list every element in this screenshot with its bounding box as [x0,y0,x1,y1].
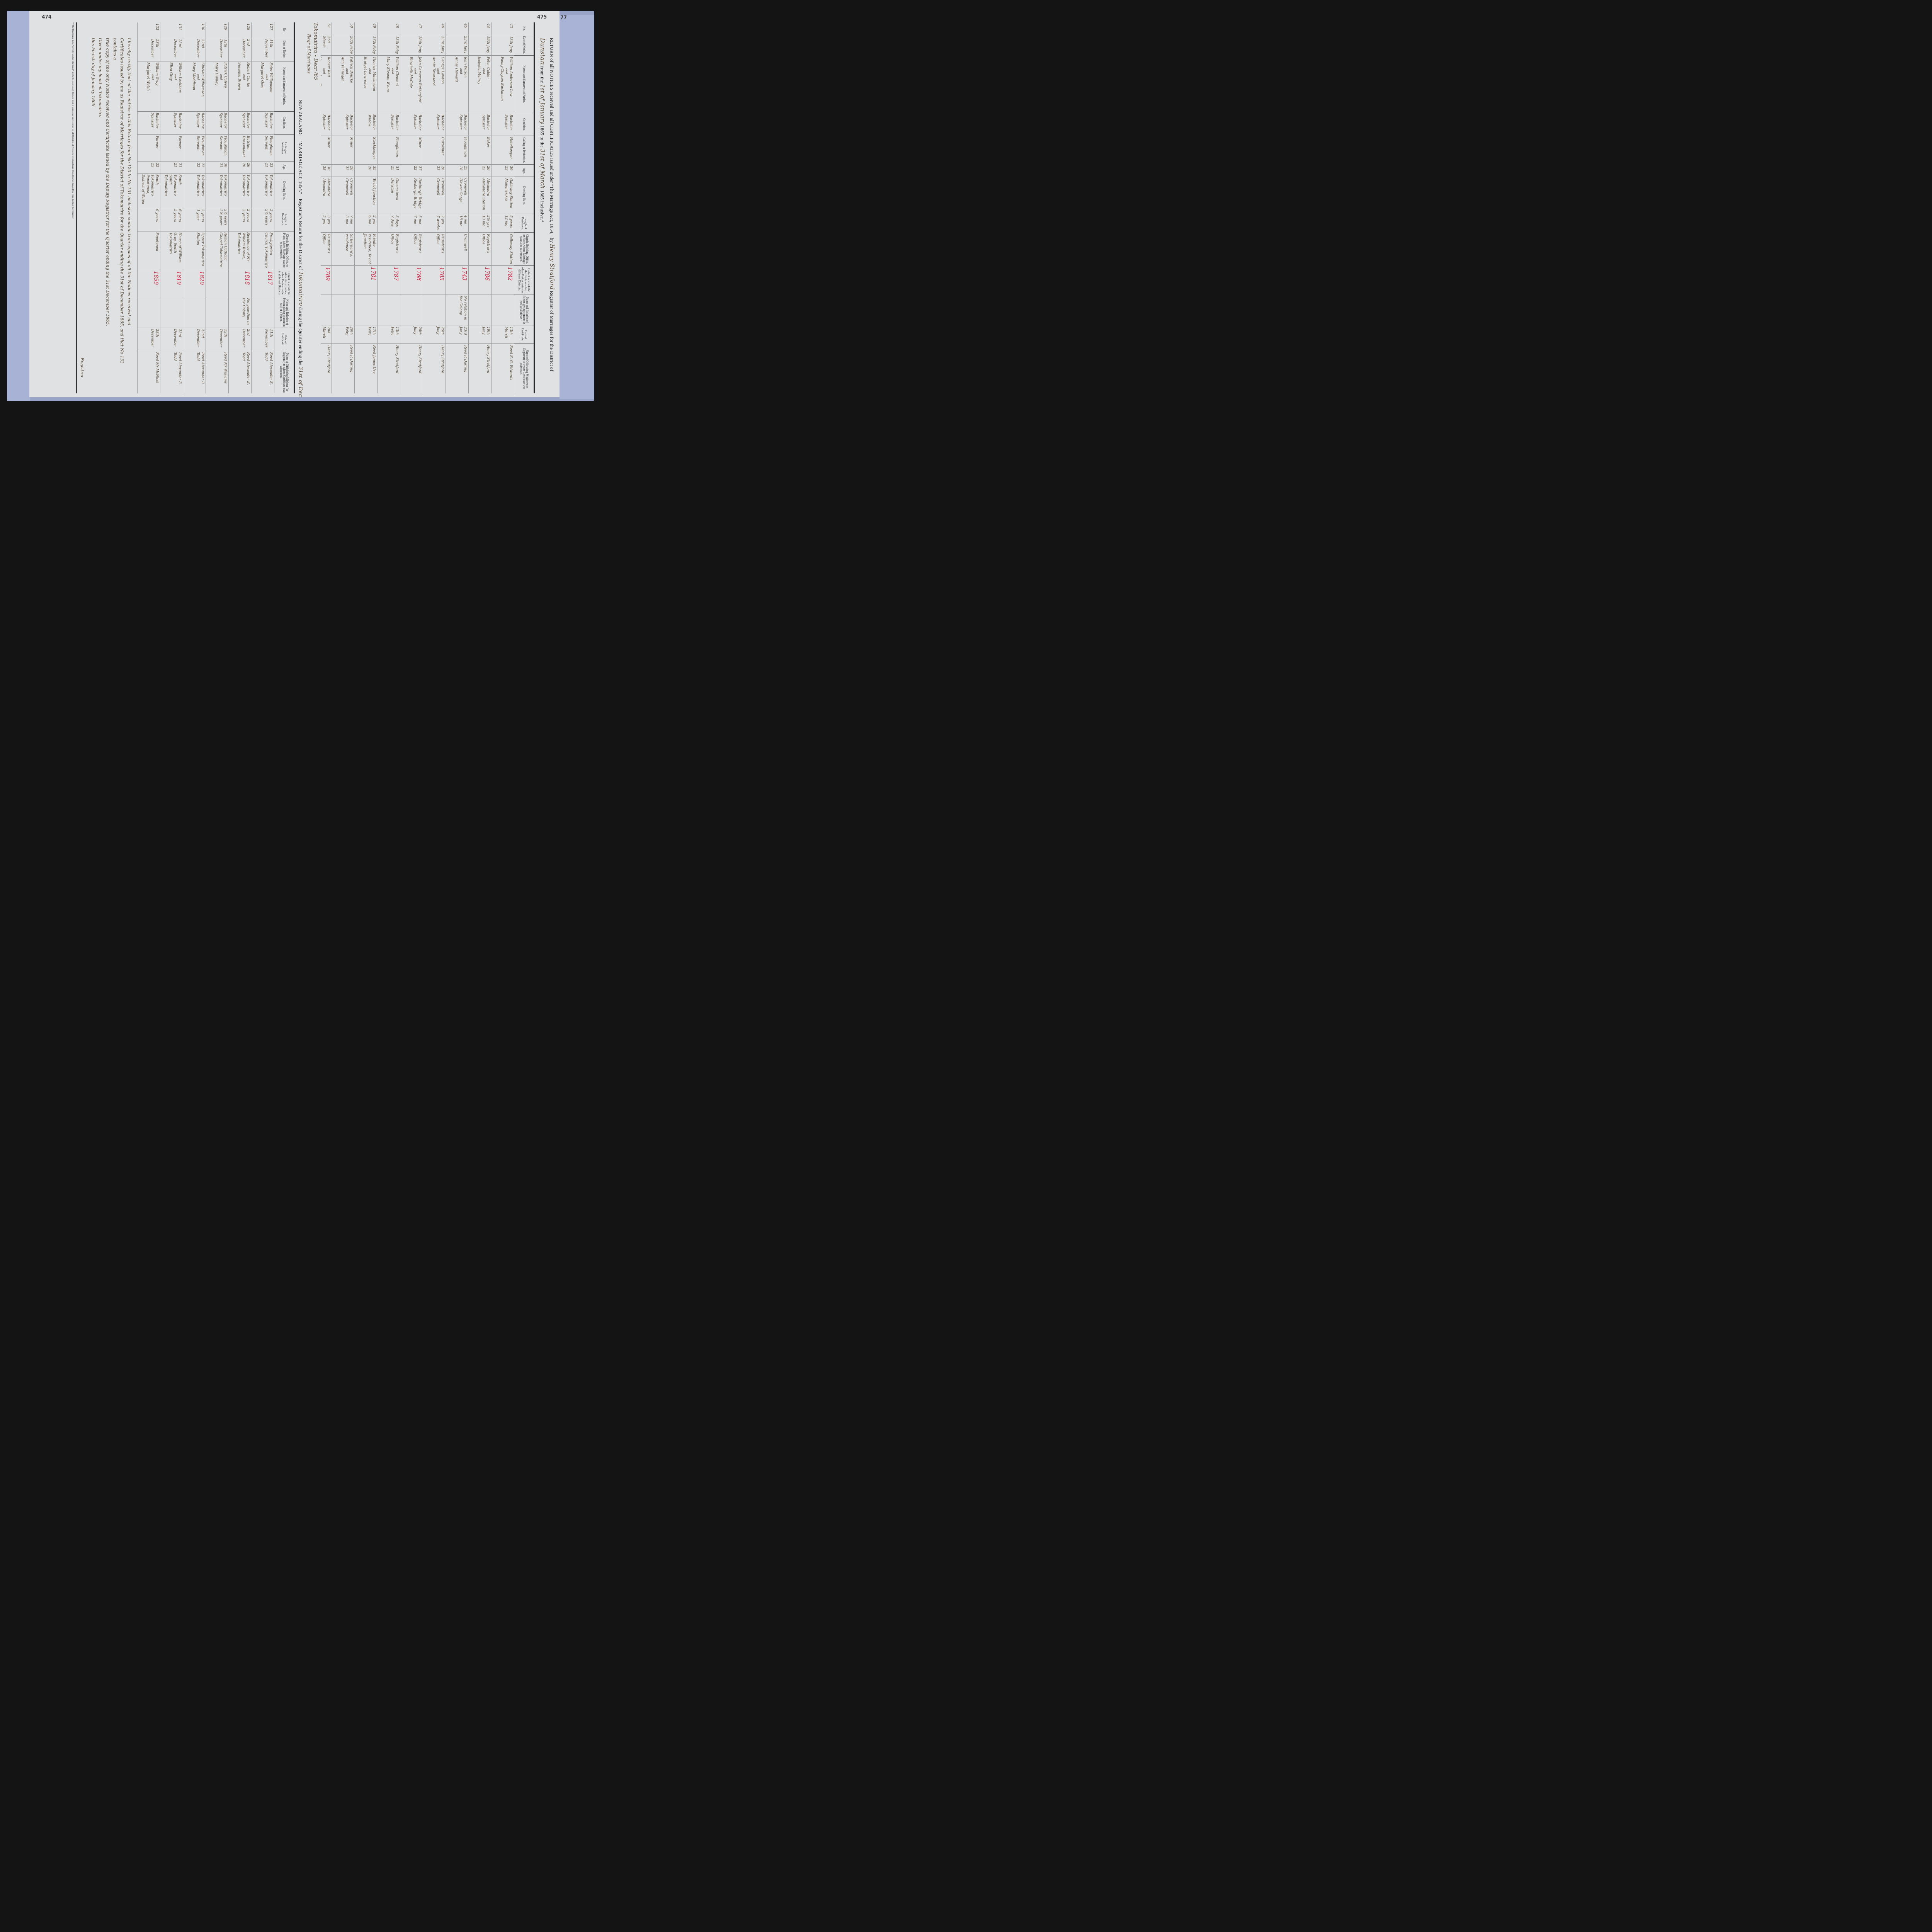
calling: Farmer [160,134,183,162]
dwelling-place-line: Teviot Junction [372,178,376,213]
residence-length-line: 18 mo [458,215,463,231]
register-reference-text: 1782 [507,267,513,281]
column-header: Dwelling Place. [514,177,535,214]
notice-date-text: 28th December [150,39,159,58]
title-line1: RETURN of all NOTICES received and all C… [549,38,554,243]
residence-length-line: 2 years [269,209,273,230]
certificate-date-text: 12th December [219,329,227,347]
dwelling-place-line: Tokomairiro [218,175,223,207]
party-names: Robert ClarkeandSusanna Brown [229,61,252,111]
dwelling-place-line: Alexandra [326,178,331,213]
residence-length-line: 1 year [196,209,200,230]
consent [332,294,355,325]
party-names-line: John Wilson [463,57,468,112]
right-page-title-line1: RETURN of all NOTICES received and all C… [548,22,556,393]
column-header: No. [514,22,535,35]
certificate-date-text: 13th Feby [390,327,399,335]
entry-number-text: 44 [486,24,490,28]
consent [206,297,229,328]
left-page-title: NEW ZEALAND.—"MARRIAGE ACT, 1854."—Regis… [295,22,311,393]
condition-line: Widow [367,114,372,134]
condition: BachelorSpinster [183,111,206,134]
condition: BachelorSpinster [321,113,332,136]
party-names: John WilsonandAnnie Howard [446,55,469,113]
right-page: 475 RETURN of all NOTICES received and a… [321,11,560,397]
certificate-date-text: 19th Jany [481,327,490,335]
residence-length-line: 6 years [177,209,182,230]
dwelling-place-line: Tokomairiro [264,175,269,207]
officiating-minister: Revd Alexander B. Todd [252,351,274,393]
marriage-place-text: Cromwell [463,234,467,251]
age: 2321 [252,162,274,173]
district-name: Dunstan [539,38,546,65]
age-line: 26 [246,163,250,172]
certificate-date-text: 23rd Jany [459,327,467,335]
marriage-place-text: House of William Gray, South Tokomairiro [168,233,182,263]
condition-line: Spinster [413,114,417,134]
dwelling-place-line: Manuherikia [504,178,509,213]
age: 3528 [355,165,378,177]
certification-line: Given under my hand at Tokomairiro [97,38,104,378]
calling-line: Farmer [177,136,182,160]
certificate-date: 25th Jany [423,325,446,344]
party-names: Peter WilliamsonandMargaret Gow [252,61,274,111]
certificate-date: 2nd December [229,328,252,351]
calling: Stockkeeper [355,136,378,165]
age-line: 30 [326,166,331,175]
certificate-date-text: 23rd December [173,329,182,347]
condition: BachelorSpinster [446,113,469,136]
officiating-minister-text: Revd P. Darling [463,345,467,372]
marriage-place: Private residence, Teviot Junction [355,233,378,265]
age-line: 35 [372,166,376,175]
certificate-date: 28th Jany [400,325,423,344]
notice-date: 20th Feby [332,35,355,55]
notice-date: 23rd Jany [446,35,469,55]
age-line: 23 [218,163,223,172]
party-names-line: Susanna Brown [237,63,241,110]
dwelling-place-line: Cromwell [435,178,440,213]
consent [183,297,206,328]
register-reference-text: 1859 [153,271,159,285]
party-names-line: Isabella Mulroy [477,57,481,112]
register-reference: 1782 [492,265,514,294]
entry-number: 132 [138,22,160,38]
notice-date-text: 19th Jany [486,36,490,53]
and-connector: and [481,57,486,112]
register-row: 4728th JanyJohn Cameron RutherfordandEli… [400,22,423,393]
dwelling-place: TokomairiroTokomairiro [229,173,252,208]
certificate-date: 12th December [206,328,229,351]
residence-length-line: 2½ years [264,209,269,230]
notice-date: 28th December [138,38,160,61]
notice-date-text: 13th Jany [509,36,513,53]
calling: Farmer [138,134,160,162]
marriage-place: Cromwell [446,233,469,265]
left-page: 474 Tokomairiro - Decr /65 Regr of Marri… [29,11,322,397]
entry-number: 130 [183,22,206,38]
calling: Ploughman [446,136,469,165]
certificate-date-text: 28th Jany [413,327,422,335]
dwelling-place-line: Galloway Station [509,178,513,213]
party-names-line: Margaret Welsh [146,63,150,110]
column-header: Length of Residence. [274,208,295,231]
party-names-line: Thomas Mansmann [372,57,376,112]
notice-date: 13th Feby [378,35,400,55]
marriage-place: Registrar's Office [321,233,332,265]
margin-note-2: Regr of Marriages [306,34,311,73]
condition-line: Spinster [218,113,223,133]
and-connector: and [219,63,223,110]
calling-line: Miner [417,137,422,163]
residence-length: 2½ yrs13 mo [469,214,492,233]
dwelling-place-line: Hawea Gorge [458,178,463,213]
party-names: Robert KettandMargaret Jane Torrance [321,55,332,113]
condition: BachelorSpinster [138,111,160,134]
dwelling-place-line: Tokomairiro [269,175,273,207]
consent [423,294,446,325]
register-row: 13228th DecemberWilliam GrayandMargaret … [138,22,160,393]
age: 3028 [321,165,332,177]
certificate-date: 17th Feby [355,325,378,344]
age-line: 21 [173,163,177,172]
condition: BachelorSpinster [252,111,274,134]
condition: BachelorSpinster [160,111,183,134]
entry-number-text: 48 [395,24,399,28]
certificate-date-text: 2nd December [241,329,250,347]
condition-line: Spinster [435,114,440,134]
party-names-line: Robert Clarke [246,63,250,110]
officiating-minister: Revd James Ure [355,344,378,393]
marriage-place: House of William Gray, South Tokomairiro [160,231,183,270]
calling-line: Ploughman [463,137,468,163]
notice-date: 23rd Jany [423,35,446,55]
party-names-line: Mary Eleanor Evans [386,57,390,112]
residence-length-line: 2 yrs [321,215,326,231]
residence-length-line: 2½ years [218,209,223,230]
title-line1-end: Registrar of Marriages for the District … [549,291,554,371]
officiating-minister: Revd Alexander B. Todd [229,351,252,393]
dwelling-place-line: Alexandra Station [481,178,486,213]
register-reference-text: 1817 [267,271,273,285]
officiating-minister: Henry Stratford [378,344,400,393]
book-right-edge: 77 [560,15,594,399]
inclusive: inclusive.* [539,201,545,223]
party-names: Patrick BourkeandAnn Finnegan [332,55,355,113]
calling-line: Ploughman [269,136,273,160]
officiating-minister-text: Revd Alexander B. Todd [241,352,250,385]
condition-line: Spinster [390,114,395,134]
entry-number-text: 51 [327,24,330,28]
column-header: Name and Relation of Person giving conse… [514,294,535,325]
dwelling-place: Galloway StationManuherikia [492,177,514,214]
column-header: Condition. [274,111,295,134]
certification-text: I hereby certify that all the entries in… [85,22,137,393]
register-row: 5020th FebyPatrick BourkeandAnn Finnegan… [332,22,355,393]
party-names-line: Annie Townsend [431,57,436,112]
calling: Miner [321,136,332,165]
dwelling-place-line: Tokomairiro [246,175,250,207]
certification-line: true copy of the only Notice received an… [104,38,111,378]
age: 2923 [492,165,514,177]
register-reference: 1789 [321,265,332,294]
register-reference: 1788 [400,265,423,294]
calling: Miner [332,136,355,165]
entry-number-text: 130 [201,24,204,30]
certificate-date: 28th December [138,328,160,351]
marriage-place-text: Upper Tokomairiro Station [196,233,204,266]
register-reference-text: 1781 [370,267,376,281]
residence-length: 6 years5 years [160,208,183,231]
marriage-place: St Bernard's, residence [332,233,355,265]
residence-length-line: 3 yrs [326,215,331,231]
marriage-place: Popotunoa [138,231,160,270]
column-header: Dwelling Place. [274,173,295,208]
calling-line: Miner [349,137,354,163]
certificate-date-text: 20th Feby [345,327,353,335]
marriage-place-text: St Bernard's, residence [345,234,353,257]
marriage-place-text: Presbyterian Church Tokomairiro [264,233,273,268]
notice-date-text: 13th Feby [395,36,399,54]
entry-number-text: 43 [509,24,513,28]
condition-line: Bachelor [509,114,513,134]
party-names-line: John Cameron Rutherford [417,57,422,112]
officiating-minister: Henry Stratford [321,344,332,393]
condition: BachelorSpinster [378,113,400,136]
dwelling-place: South TokomairiroSouth Tokomairiro [160,173,183,208]
residence-length: 6 years [138,208,160,231]
party-names: William LockhartandEliza Gray [160,61,183,111]
age-line: 22 [200,163,205,172]
left-footnote: * The Registrar is to "certify under his… [71,22,77,393]
register-reference [332,265,355,294]
left-table-body: 12711th NovemberPeter WilliamsonandMarga… [138,22,274,393]
condition: BachelorSpinster [332,113,355,136]
party-names-line: Ann Finnegan [340,57,345,112]
to-date: 31st of March [539,149,545,189]
calling: Hotelkeeper [492,136,514,165]
calling-line: Miner [326,137,331,163]
marriage-place-text: Popotunoa [155,233,159,251]
calling-line: Hotelkeeper [509,137,513,163]
certificate-date: 13th March [492,325,514,344]
left-register-table: No.Date of Notice.Names and Surnames of … [137,22,295,393]
residence-length-line: 2½ years [223,209,228,230]
column-header: Calling or Profession. [514,136,535,165]
party-names: Patrick CalveyandMary Hanley [206,61,229,111]
condition-line: Bachelor [246,113,250,133]
age-line: 22 [155,163,159,172]
notice-date-text: 23rd Jany [440,36,444,53]
notice-date-text: 11th November [264,39,273,58]
officiating-minister-text: Revd James Ure [372,345,376,373]
party-names-line: William Anderson Low [509,57,513,112]
column-header: Names and Surnames of Parties. [274,61,295,111]
calling: Carpenter [423,136,446,165]
dwelling-place-line: Roxburgh Bridge [413,178,417,213]
notice-date: 2nd December [229,38,252,61]
age-line: 25 [390,166,395,175]
calling-line: Stockkeeper [372,137,376,163]
calling-line: Servant [218,136,223,160]
dwelling-place-line: Tokomairiro [241,175,246,207]
and-connector: and [413,57,417,112]
age: 2822 [332,165,355,177]
age: 2722 [400,165,423,177]
residence-length: 2 years2½ years [252,208,274,231]
party-names-line: Mary Hanley [214,63,219,110]
entry-number-text: 50 [349,24,353,28]
register-row: 12711th NovemberPeter WilliamsonandMarga… [252,22,274,393]
register-reference: 1785 [423,265,446,294]
column-header: No. [274,22,295,38]
officiating-minister-text: Henry Stratford [440,345,444,373]
notice-date-text: 2nd March [322,36,330,48]
condition: BachelorSpinster [400,113,423,136]
marriage-place: Presbyterian Church Tokomairiro [252,231,274,270]
condition-line: Bachelor [349,114,354,134]
certificate-date: 13th Feby [378,325,400,344]
party-names-line: William Clement [395,57,399,112]
residence-length-line: 7 days [390,215,395,231]
certification-line: I hereby certify that all the entries in… [125,38,133,378]
column-header: District in which the other Party reside… [514,265,535,294]
marriage-place-text: Registrar's Office [481,234,490,253]
officiating-minister: Henry Stratford [400,344,423,393]
and-connector: and [345,57,349,112]
marriage-place: Registrar's Office [378,233,400,265]
partial-page-stamp: 77 [560,15,567,21]
consent [469,294,492,325]
left-page-number: 474 [42,14,51,20]
officiating-minister-text: Henry Stratford [418,345,422,373]
residence-length: 3 yrs2 yrs [321,214,332,233]
dwelling-place-line: Popotunoa, District of Waipa [140,175,150,207]
age-line: 23 [504,166,509,175]
calling-line: Dressmaker [241,136,246,160]
register-row: 1282nd DecemberRobert ClarkeandSusanna B… [229,22,252,393]
dwelling-place-line: Alexandra [486,178,490,213]
register-book: 474 Tokomairiro - Decr /65 Regr of Marri… [7,11,594,401]
entry-number-text: 132 [155,24,159,30]
age-line: 27 [417,166,422,175]
entry-number-text: 49 [372,24,376,28]
dwelling-place-line: Cromwell [349,178,354,213]
age-line: 29 [509,166,513,175]
condition-line: Bachelor [440,114,445,134]
entry-number: 45 [446,22,469,35]
party-names: John Cameron RutherfordandElizabeth McCo… [400,55,423,113]
and-connector: and [173,63,177,110]
register-reference-text: 1819 [175,271,182,285]
register-row: 4313th JanyWilliam Anderson LowandFanny … [492,22,514,393]
column-header: Name and Relation of Person giving conse… [274,297,295,328]
marriage-place: Registrar's Office [423,233,446,265]
officiating-minister: Henry Stratford [469,344,492,393]
consent [160,297,183,328]
entry-number: 51 [321,22,332,35]
party-names: William GrayandMargaret Welsh [138,61,160,111]
entry-number: 48 [378,22,400,35]
dwelling-place: AlexandraAlexandra Station [469,177,492,214]
condition: BachelorSpinster [469,113,492,136]
consent [321,294,332,325]
register-reference: 1787 [378,265,400,294]
dwelling-place: AlexandraAlexandra [321,177,332,214]
condition: BachelorSpinster [229,111,252,134]
party-names-line: Patrick Bourke [349,57,354,112]
residence-length-line: 2 years [200,209,205,230]
age-line: 22 [344,166,349,175]
and-connector: and [196,63,200,110]
consent [492,294,514,325]
residence-length-line: 5 years [509,215,513,231]
officiating-minister: Revd E. G. Edwards [492,344,514,393]
party-names: Thomas MansmannandBridget Lawrence [355,55,378,113]
party-names-line: Peter Calder [486,57,490,112]
party-names-line: Patrick Calvey [223,63,228,110]
notice-date-text: 23rd December [173,39,182,58]
district-name: Tokomairiro [298,271,304,306]
marriage-place: Registrar's Office [469,233,492,265]
certificate-date-text: 17th Feby [367,327,376,335]
party-names-line: William Lockhart [177,63,182,110]
party-names-line: Fanny Clayton Buchanan [500,57,504,112]
register-reference: 1817 [252,270,274,297]
certification-line: Certificates issued by me as Registrar o… [111,38,125,378]
age-line: 22 [196,163,200,172]
condition-line: Spinster [344,114,349,134]
marriage-place-text: Residence of Mr William Brown, Tokomairi… [237,233,250,262]
certificate-date: 22nd December [183,328,206,351]
dwelling-place: South TokomairiroPopotunoa, District of … [138,173,160,208]
age: 3023 [206,162,229,173]
register-row: 4623rd JanyGeorge LawtonandAnnie Townsen… [423,22,446,393]
registrar-name: Henry Stratford [549,244,555,290]
party-names: Peter CalderandIsabella Mulroy [469,55,492,113]
and-connector: and [436,57,440,112]
age: 2622 [469,165,492,177]
residence-length-line: 5 years [173,209,177,230]
consent [355,294,378,325]
and-connector: and [459,57,463,112]
to-year: 1865 [539,190,545,200]
condition-line: Bachelor [463,114,468,134]
dwelling-place: TokomairiroTokomairiro [206,173,229,208]
age-line: 18 [458,166,463,175]
marriage-place: Residence of Mr William Brown, Tokomairi… [229,231,252,270]
calling: Miner [400,136,423,165]
entry-number-text: 46 [440,24,444,28]
register-row: 12912th DecemberPatrick CalveyandMary Ha… [206,22,229,393]
age: 2620 [229,162,252,173]
margin-note: Tokomairiro - Decr /65 [313,22,318,80]
notice-date: 11th November [252,38,274,61]
residence-length: 7 mo3 mo [332,214,355,233]
dwelling-place-line: Tokomairiro [196,175,200,207]
officiating-minister: Revd Mr Williams [206,351,229,393]
residence-length-line: 3 mo [344,215,349,231]
condition-line: Bachelor [326,114,331,134]
dwelling-place-line: Cromwell [344,178,349,213]
officiating-minister-text: Revd Alexander B. Todd [173,352,182,385]
dwelling-place: CromwellHawea Gorge [446,177,469,214]
register-reference-text: 1788 [415,267,422,281]
register-row: 4813th FebyWilliam ClementandMary Eleano… [378,22,400,393]
dwelling-place: CromwellCromwell [423,177,446,214]
register-reference-text: 1787 [393,267,399,281]
entry-number: 127 [252,22,274,38]
